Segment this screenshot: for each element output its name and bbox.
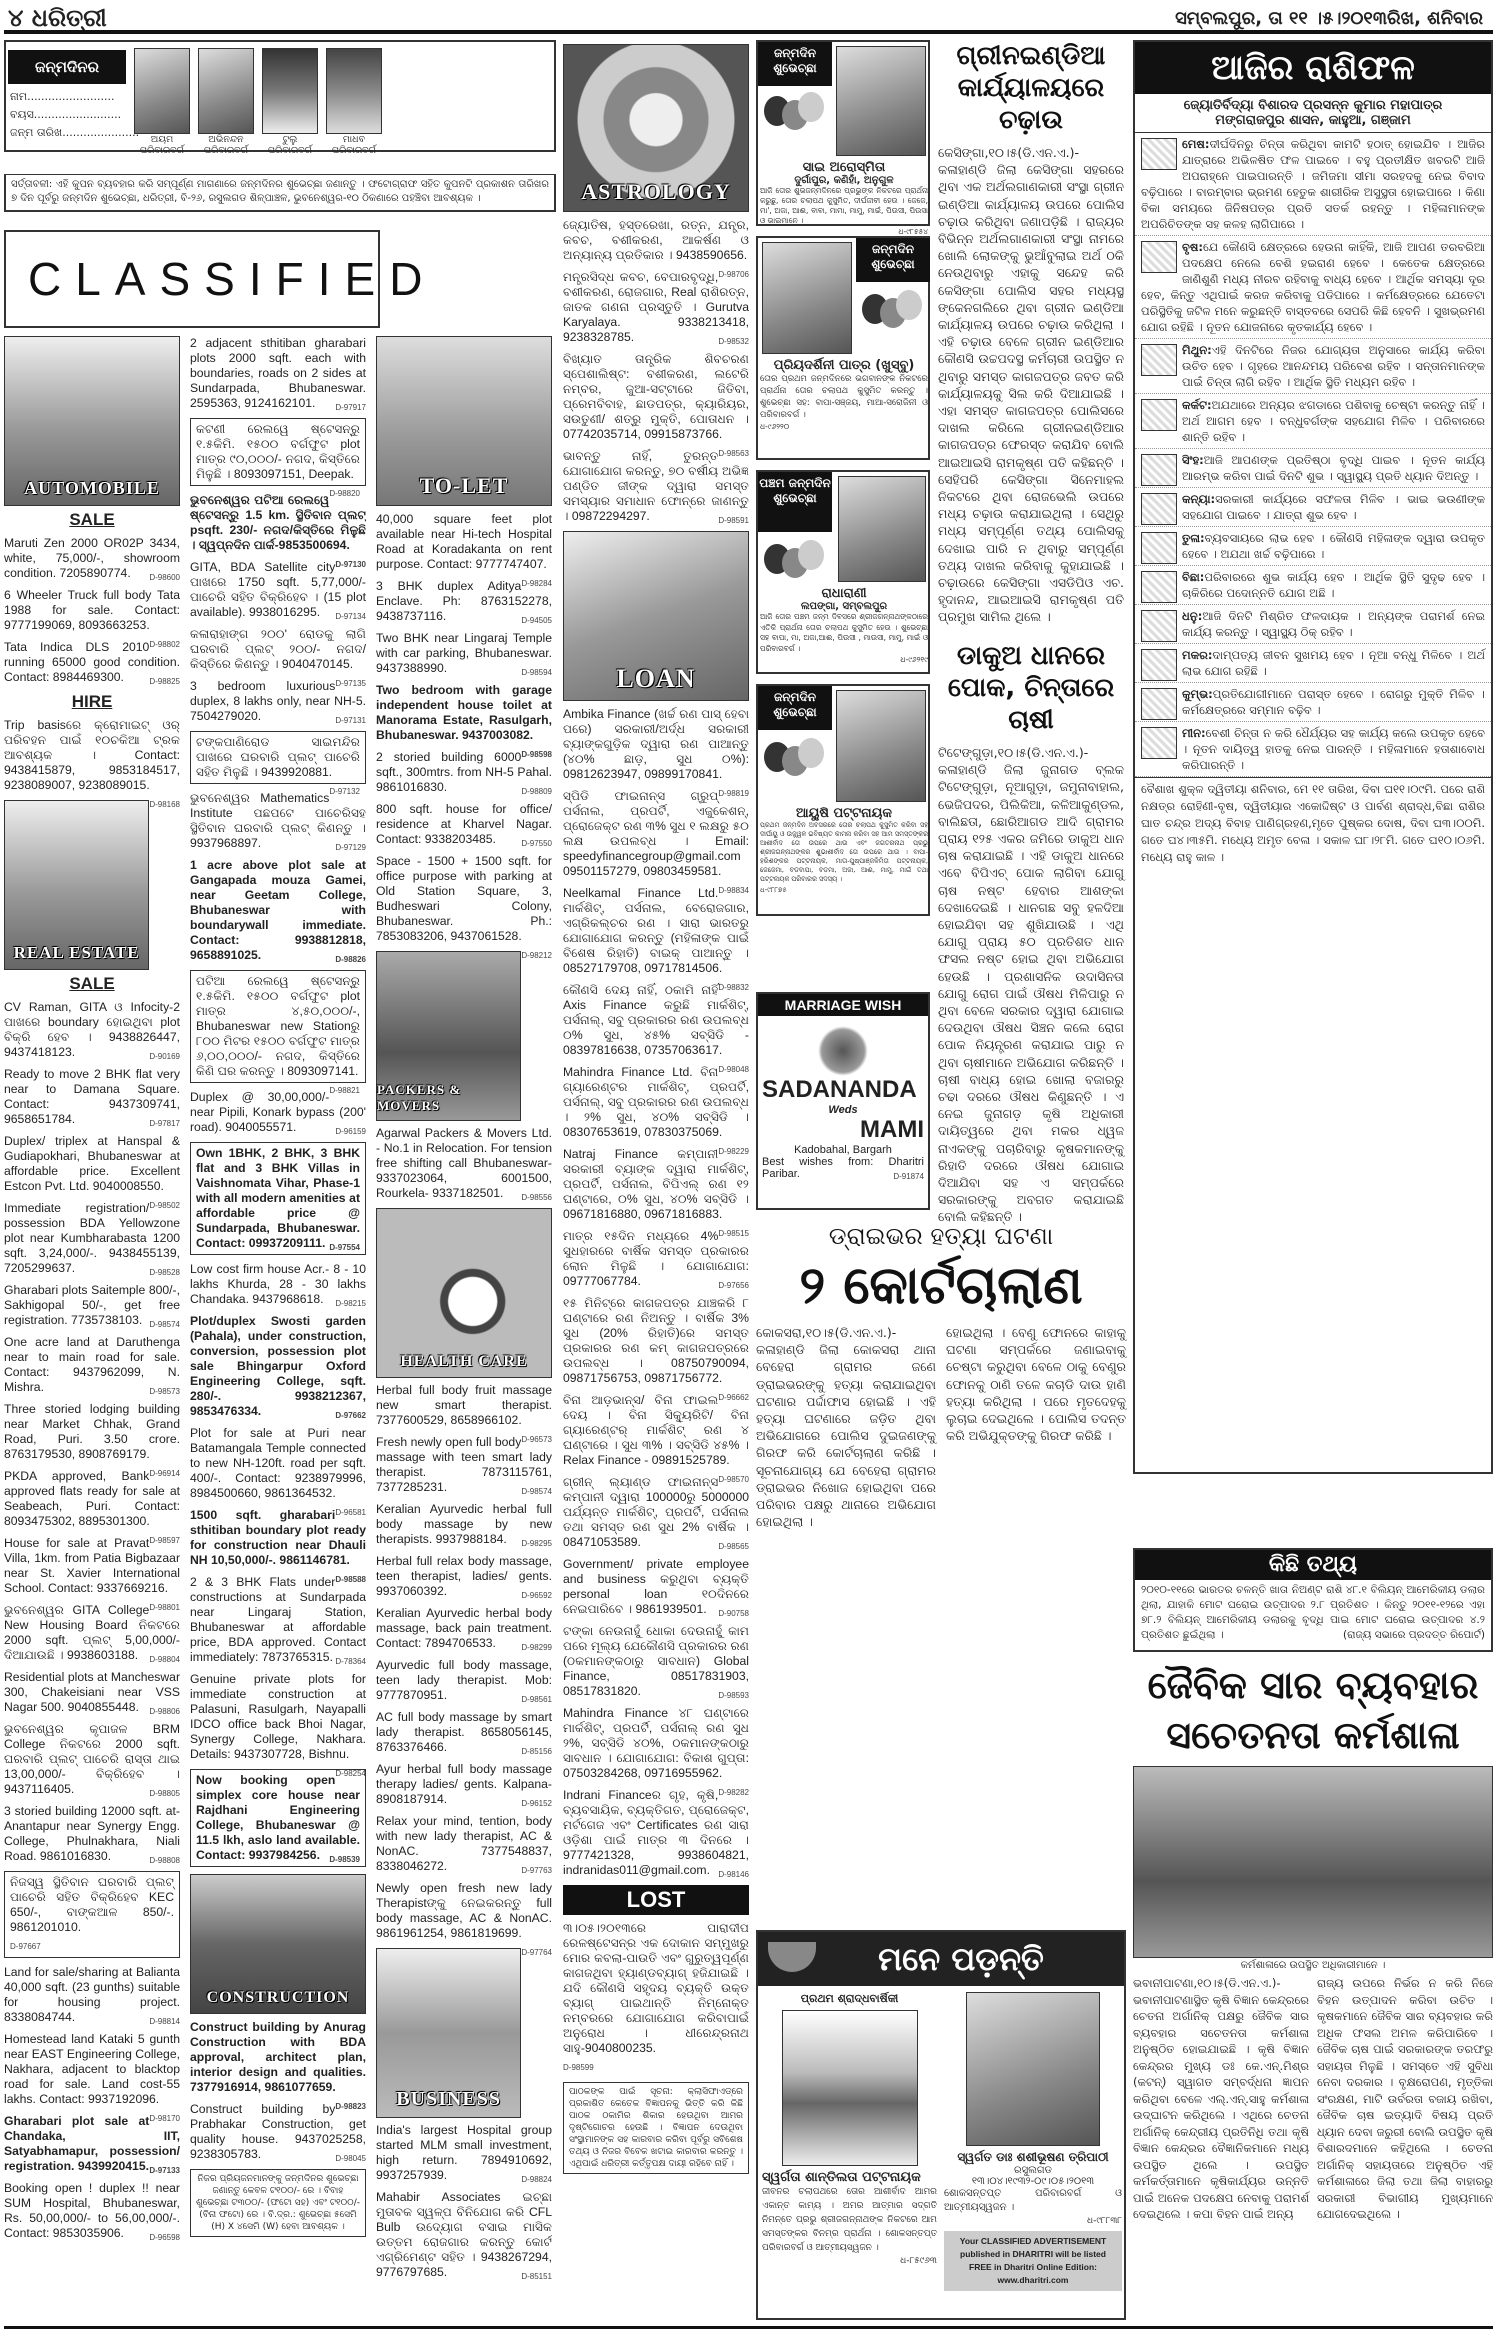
ad-code: D-96592 xyxy=(521,1588,552,1603)
deceased-dates: ୧୩।୦୪।୧୯୩୨-୦୯।୦୫।୨୦୧୩ xyxy=(944,2176,1122,2187)
story-body-right: ରାଜ୍ୟ ଉପରେ ନିର୍ଭର ନ କରି ନିଜେ ବିହନ ଉତ୍ପାଦ… xyxy=(1317,1975,1493,2223)
ad-code: D-98565 xyxy=(718,1539,749,1554)
ad-code: D-98823 xyxy=(335,2099,366,2114)
news-story-paddy-pest: ଡାକୁଅ ଧାନରେ ପୋକ, ଚିନ୍ତାରେ ଚାଷୀ ଟିଟେଙ୍ଗୁଡ… xyxy=(938,640,1124,1226)
classified-ad: AC full body massage by smart lady thera… xyxy=(376,1710,552,1755)
bride-name: MAMI xyxy=(758,1116,928,1144)
ad-code: D-85151 xyxy=(521,2269,552,2284)
coupon-terms: ସର୍ତ୍ତାବଳୀ: ଏହି କୁପନ ବ୍ୟବହାର କରି ସମ୍ପୂର୍… xyxy=(4,174,556,212)
classified-ad: Own 1BHK, 2 BHK, 3 BHK flat and 3 BHK Vi… xyxy=(190,1142,366,1255)
classified-ad: Land for sale/sharing at Balianta 40,000… xyxy=(4,1965,180,2025)
ad-code: D-97134 xyxy=(335,609,366,624)
wish-message: ଆଜି ତୋର ପଞ୍ଚମ ଜନ୍ମ ଦିବସରେ ଶ୍ରୀଜଗନ୍ନାଥଙ୍କ… xyxy=(760,612,928,654)
classified-ad: 6 Wheeler Truck full body Tata 1988 for … xyxy=(4,588,180,633)
ad-code: D-97135 xyxy=(335,676,366,691)
ad-code: D-98806 xyxy=(149,1704,180,1719)
ad-code: D-98532 xyxy=(718,334,749,349)
ad-code: D-97917 xyxy=(335,400,366,415)
packers-banner-image: PACKERS & MOVERS xyxy=(376,951,521,1121)
wish-name: ପ୍ରିୟଦର୍ଶିନୀ ପାତ୍ର (ଖୁସ୍‌ବୁ) xyxy=(760,358,928,373)
obituary-message: ଜୀବନର ଚଲାପଥରେ ତୋର ଆଶୀର୍ବାଦ ଆମର ଏକାନ୍ତ କା… xyxy=(762,2185,937,2255)
ad-code: D-98825 xyxy=(149,674,180,689)
page-masthead: ୪ ଧରିତ୍ରୀ ସମ୍ବଲପୁର, ତା ୧୧ ।୫।୨୦୧୩ରିଖ, ଶନ… xyxy=(0,0,1497,40)
wish-message: ତୋର ପ୍ରଥମ ଜନ୍ମଦିନରେ ଭଗବାନଙ୍କ ନିକଟରେ ପ୍ରା… xyxy=(760,373,928,421)
baby-photo xyxy=(762,242,852,354)
horoscope-title: ଆଜିର ରାଶିଫଳ xyxy=(1135,42,1491,94)
ad-code: D-98588 xyxy=(335,1572,366,1587)
news-story-driver-murder: ଡ୍ରାଇଭର ହତ୍ୟା ଘଟଣା ୨ କୋର୍ଟଚାଲାଣ କୋକସରା,୧… xyxy=(756,1222,1126,1530)
ad-code: D-98295 xyxy=(521,1536,552,1551)
ad-code: D-94505 xyxy=(521,613,552,628)
wish-tag: ଜନ୍ମଦିନ ଶୁଭେଚ୍ଛା xyxy=(856,238,930,282)
workshop-photo xyxy=(1133,1766,1493,1958)
column-tolet-health: TO-LET 40,000 square feet plot available… xyxy=(376,336,552,2322)
ad-code: D-98801 xyxy=(149,1600,180,1615)
ad-code: D-98814 xyxy=(149,2014,180,2029)
ad-code: D-96914 xyxy=(149,1466,180,1481)
ad-code: D-98528 xyxy=(149,1265,180,1280)
classified-ad: ସ୍ପିଡି ଫାଇନାନ୍ସ ଗ୍ରୁପ୍ ପର୍ସନାଲ, ପ୍ରପର୍ଟି… xyxy=(563,789,749,879)
marriage-wish: MARRIAGE WISH SADANANDA Weds MAMI Kadoba… xyxy=(756,992,930,1210)
automobile-banner-image: AUTOMOBILE xyxy=(4,336,180,506)
classified-ad: Ambika Finance (ଖର୍ଚ୍ଚ ରଣ ପାସ୍ ହେବା ପରେ)… xyxy=(563,707,749,782)
ad-code: D-97554 xyxy=(329,1240,360,1255)
story-body-left: କୋକସରା,୧୦।୫(ଡି.ଏନ.ଏ.)- କଳାହାଣ୍ଡି ଜିଲା କୋ… xyxy=(756,1324,936,1530)
ad-code: D-98802 xyxy=(149,637,180,652)
coupon-photo-4: ମାଧବ ପରିବାରବର୍ଗ xyxy=(326,48,382,156)
weds-label: Weds xyxy=(758,1104,928,1116)
baby-photo xyxy=(836,46,926,156)
obituary-banner: ମନେ ପଡ଼ନ୍ତି xyxy=(758,1932,1124,1986)
marriage-place: Kadobahal, Bargarh xyxy=(758,1144,928,1156)
classified-ad: Trip basisରେ କ୍ରୋମାଇଟ୍ ଓର୍ ପରିବହନ ପାଇଁ ୧… xyxy=(4,718,180,793)
zodiac-sign-icon xyxy=(1141,571,1177,603)
lamp-icon xyxy=(768,1942,816,1972)
ad-code: D-98832 xyxy=(718,980,749,995)
online-edition-promo: Your CLASSIFIED ADVERTISEMENT published … xyxy=(944,2231,1122,2291)
ad-code: D-98212 xyxy=(521,948,552,963)
realestate-banner-image: REAL ESTATE xyxy=(4,800,149,970)
obituary-box: ମନେ ପଡ଼ନ୍ତି ପ୍ରଥମ ଶ୍ରାଦ୍ଧବାର୍ଷିକୀ ସ୍ୱର୍ଗ… xyxy=(756,1930,1126,2320)
classified-ad: Newly open fresh new lady Therapistଙ୍କୁ … xyxy=(376,1881,552,1941)
dateline: ସମ୍ବଲପୁର, ତା ୧୧ ।୫।୨୦୧୩ରିଖ, ଶନିବାର xyxy=(1175,8,1483,29)
ad-code: D-98574 xyxy=(521,1484,552,1499)
ad-code: D-97129 xyxy=(335,840,366,855)
ad-code: D-98502 xyxy=(149,1198,180,1213)
birthday-wish-3: ପଞ୍ଚମ ଜନ୍ମଦିନ ଶୁଭେଚ୍ଛା ରାଧାରାଣୀ ଲପଙ୍ଗା, … xyxy=(756,470,930,674)
flower-bouquet-icon xyxy=(818,1026,868,1076)
classified-ad: Homestead land Kataki 5 gunth near EAST … xyxy=(4,2032,180,2107)
ad-code: D-98804 xyxy=(149,1652,180,1667)
coupon-title: ଜନ୍ମଦିନର ଶୁଭେଚ୍ଛା xyxy=(8,50,126,84)
ad-code: D-98146 xyxy=(718,1867,749,1882)
classified-ad: କଟଣୀ ରେଲୱେ ଷ୍ଟେସନ୍‌ରୁ ୧.୫କିମି. ୧୫୦୦ ବର୍ଗ… xyxy=(190,418,366,486)
bottom-rule xyxy=(4,2326,1493,2329)
birthday-wish-rates-notice: ନିଜର ପ୍ରିୟଜନମାନଙ୍କୁ ଜନ୍ମଦିନର ଶୁଭେଚ୍ଛା ଜଣ… xyxy=(190,2169,366,2237)
ad-code: D-98556 xyxy=(521,1190,552,1205)
wish-name: ସାଇ ଅରୋସ୍ମିତା xyxy=(760,160,928,175)
classified-ad: ଟଙ୍କା ନେଉନାହୁଁ ଧୋକା ଦେଉନାହୁଁ କାମ ପରେ ମୂଲ… xyxy=(563,1624,749,1699)
coupon-photo-1: ଅୟମ ପରିବାରବର୍ଗ xyxy=(134,48,190,156)
classified-ad: 2 & 3 BHK Flats under constructions at S… xyxy=(190,1575,366,1665)
ad-code: D-98045 xyxy=(335,2151,366,2166)
ad-code: D-98600 xyxy=(149,570,180,585)
zodiac-sign-icon xyxy=(1141,454,1177,486)
wish-tag: ଜନ୍ମଦିନ ଶୁଭେଚ୍ଛା xyxy=(758,42,832,86)
ad-code: D-96598 xyxy=(149,2230,180,2245)
ad-code: D-90169 xyxy=(149,1049,180,1064)
birthday-wish-1: ଜନ୍ମଦିନ ଶୁଭେଚ୍ଛା ସାଇ ଅରୋସ୍ମିତା ଦୁର୍ଗାପୁର… xyxy=(756,40,930,226)
horoscope-sign-entry: ମକର:ଦାମ୍ପତ୍ୟ ଜୀବନ ସୁଖମୟ ହେବ । ନୂଆ ବନ୍ଧୁ … xyxy=(1135,644,1491,683)
man-photo xyxy=(262,48,318,134)
wish-code: ଧ-୯୬୨୨୦ xyxy=(760,421,928,433)
wish-place: ଦୁର୍ଗାପୁର, କଣିହାଁ, ଅନୁଗୁଳ xyxy=(760,175,928,186)
story-body: ଟିଟେଙ୍ଗୁଡ଼ା,୧୦।୫(ଡି.ଏନ.ଏ.)- କଳାହାଣ୍ଡି ଜି… xyxy=(938,744,1124,1226)
loan-banner-image: LOAN xyxy=(563,531,749,701)
coupon-name-field: ନାମ......................... xyxy=(10,88,139,106)
classified-ad: Genuine private plots for immediate cons… xyxy=(190,1672,366,1762)
sale-heading-2: SALE xyxy=(4,974,180,994)
ad-code: D-98820 xyxy=(329,486,360,501)
ad-code: D-96152 xyxy=(521,1796,552,1811)
classified-ad: Low cost firm house Acr.- 8 - 10 lakhs K… xyxy=(190,1262,366,1307)
classified-ad: Duplex/ triplex at Hanspal & Gudiapokhar… xyxy=(4,1134,180,1194)
ad-code: D-98170 xyxy=(149,2111,180,2126)
ad-code: D-98805 xyxy=(149,1786,180,1801)
classified-ad: ୧୫ ମିନିଟ୍‌ରେ କାଗଜପତ୍ର ଯାଞ୍ଚକରି ୮ ଘଣ୍ଟାରେ… xyxy=(563,1296,749,1386)
zodiac-sign-icon xyxy=(1141,241,1177,273)
healthcare-banner-image: HEALTH CARE xyxy=(376,1208,552,1378)
hire-heading: HIRE xyxy=(4,692,180,712)
zodiac-sign-icon xyxy=(1141,493,1177,525)
ad-code: D-98574 xyxy=(149,1317,180,1332)
ad-code: D-97764 xyxy=(521,1945,552,1960)
story-body-left: ଭବାନୀପାଟଣା,୧୦।୫(ଡି.ଏନ.ଏ.)- ଭବାନୀପାଟଣାସ୍ଥ… xyxy=(1133,1975,1309,2223)
ad-code: D-90758 xyxy=(718,1606,749,1621)
man-portrait-photo xyxy=(966,1992,1100,2146)
ad-code: D-78364 xyxy=(335,1654,366,1669)
horoscope-sign-entry: କୁମ୍ଭ:ପ୍ରତିଯୋଗୀମାନେ ପରାସ୍ତ ହେବେ । ରୋଗରୁ … xyxy=(1135,683,1491,722)
ad-code: D-98597 xyxy=(149,1533,180,1548)
horoscope-sign-entry: ସିଂହ:ଆଜି ଆପଣଙ୍କ ପ୍ରତିଷ୍ଠା ବୃଦ୍ଧି ପାଇବ । … xyxy=(1135,449,1491,488)
man-photo xyxy=(326,48,382,134)
classified-ad: Gharabari plots Saitemple 800/-, Sakhigo… xyxy=(4,1283,180,1328)
birthday-coupon: ଜନ୍ମଦିନର ଶୁଭେଚ୍ଛା ନାମ...................… xyxy=(4,40,556,152)
story-headline: ଡାକୁଅ ଧାନରେ ପୋକ, ଚିନ୍ତାରେ ଚାଷୀ xyxy=(938,640,1124,736)
column-automobile-realestate: AUTOMOBILE SALE Maruti Zen 2000 OR02P 34… xyxy=(4,336,180,2322)
classified-ad: Mahindra Finance ୪୮ ଘଣ୍ଟାରେ ମାର୍କଶିଟ୍, ପ… xyxy=(563,1706,749,1781)
classified-ad: Agarwal Packers & Movers Ltd. - No.1 in … xyxy=(376,1126,552,1201)
column-plots: 2 adjacent sthitiban gharabari plots 200… xyxy=(190,336,366,2322)
classified-ad: Government/ private employee and busines… xyxy=(563,1557,749,1617)
ad-code: D-97130 xyxy=(335,557,366,572)
birthday-wish-4: ଜନ୍ମଦିନ ଶୁଭେଚ୍ଛା ଆୟୁଷି ପଟ୍ଟନାୟକ ପ୍ରଥମ ଜନ… xyxy=(756,684,930,916)
astrologer-name: ଜ୍ୟୋତିର୍ବିଦ୍ୟା ବିଶାରଦ ପ୍ରସନ୍ନ କୁମାର ମହାପ… xyxy=(1135,98,1491,113)
facts-box: କିଛି ତଥ୍ୟ ୨୦୧୦-୧୧ରେ ଭାରତର ଚଳନ୍ତି ଖାତା ନି… xyxy=(1133,1548,1493,1652)
reader-caution-notice: ପାଠକଙ୍କ ପାଇଁ ସୂଚନା: କ୍ଲାସିଫାଏଡ୍‌ରେ ପ୍ରକା… xyxy=(563,2082,749,2174)
classified-ad: 40,000 square feet plot available near H… xyxy=(376,512,552,572)
obituary-code: ଧ-୮୫୯୬୩ xyxy=(762,2255,937,2267)
zodiac-sign-icon xyxy=(1141,649,1177,681)
zodiac-sign-icon xyxy=(1141,532,1177,564)
coupon-photo-2: ଅଭିନନ୍ଦନ ପରିବାରବର୍ଗ xyxy=(198,48,254,156)
ad-code: D-98282 xyxy=(718,1785,749,1800)
astrology-label: ASTROLOGY xyxy=(581,179,731,205)
ad-code: D-97817 xyxy=(149,1116,180,1131)
facts-title: କିଛି ତଥ୍ୟ xyxy=(1135,1550,1491,1580)
wish-name: ଆୟୁଷି ପଟ୍ଟନାୟକ xyxy=(760,806,928,821)
ad-code: D-98539 xyxy=(329,1852,360,1867)
child-photo xyxy=(838,476,926,582)
classified-ad: Two BHK near Lingaraj Temple with car pa… xyxy=(376,631,552,676)
classified-ad: Two bedroom with garage independent hous… xyxy=(376,683,552,743)
horoscope-sign-entry: ମେଷ:ଦୀର୍ଘଦିନରୁ ଚିନ୍ତା କରିଥିବା କାମଟି ହଠାତ… xyxy=(1135,133,1491,236)
ad-code: D-98593 xyxy=(718,1688,749,1703)
construction-banner-image: CONSTRUCTION xyxy=(190,1874,366,2014)
coupon-dob-field: ଜନ୍ମ ତାରିଖ...................... xyxy=(10,124,139,142)
marriage-heading: MARRIAGE WISH xyxy=(758,994,928,1016)
astrology-banner-image: ASTROLOGY xyxy=(563,44,749,212)
ad-code: D-98809 xyxy=(521,784,552,799)
zodiac-sign-icon xyxy=(1141,138,1177,170)
classified-ad: Relax your mind, tention, body with new … xyxy=(376,1814,552,1874)
deceased-name: ସ୍ୱର୍ଗତ ଡାଃ ଶଶୀଭୂଷଣ ତ୍ରିପାଠୀ xyxy=(944,2150,1122,2165)
classified-ad: Ayurvedic full body massage, teen lady t… xyxy=(376,1658,552,1703)
ad-code: D-97133 xyxy=(149,2163,180,2178)
classified-ad: Now booking open simplex core house near… xyxy=(190,1769,366,1867)
ad-code: D-97550 xyxy=(521,836,552,851)
classified-ad: 2 adjacent sthitiban gharabari plots 200… xyxy=(190,336,366,411)
classified-ad: ପଟିଆ ରେଲୱେ ଷ୍ଟେସନ୍‌ରୁ ୧.୫କିମି. ୧୫୦୦ ବର୍ଗ… xyxy=(190,970,366,1083)
ad-code: D-98821 xyxy=(329,1083,360,1098)
classified-banner: CLASSIFIED xyxy=(4,230,380,328)
ad-code: D-98168 xyxy=(149,797,180,812)
child-photo xyxy=(198,48,254,134)
news-story-greenindia: ଗ୍ରୀନଇଣ୍ଡିଆ କାର୍ଯ୍ୟାଳୟରେ ଚଢ଼ାଉ କେସିଙ୍ଗା,… xyxy=(938,40,1124,626)
ad-code: D-96581 xyxy=(335,1505,366,1520)
coupon-age-field: ବୟସ......................... xyxy=(10,106,139,124)
wish-tag: ପଞ୍ଚମ ଜନ୍ମଦିନ ଶୁଭେଚ୍ଛା xyxy=(758,472,832,532)
deceased-place: ରସୁଲଗଡ xyxy=(944,2165,1122,2176)
classified-ad: ଟଙ୍କପାଣିରୋଡ ସାଇମନ୍ଦିର ପାଖରେ ଘରବାରି ପ୍ଲଟ୍… xyxy=(190,731,366,784)
ad-code: D-98515 xyxy=(718,1226,749,1241)
horoscope-sign-entry: କନ୍ୟା:ସରକାରୀ କାର୍ଯ୍ୟରେ ସଫଳତା ମିଳିବ । ଭାଇ… xyxy=(1135,488,1491,527)
classified-ad: Ready to move 2 BHK flat very near to Da… xyxy=(4,1067,180,1127)
business-banner-image: BUSINESS xyxy=(376,1948,521,2118)
classified-ad: Plot/duplex Swosti garden (Pahala), unde… xyxy=(190,1314,366,1419)
story-headline: ଗ୍ରୀନଇଣ୍ଡିଆ କାର୍ଯ୍ୟାଳୟରେ ଚଢ଼ାଉ xyxy=(938,40,1124,136)
ad-code: D-98561 xyxy=(521,1692,552,1707)
classified-ad: ଭୁବନେଶ୍ୱର ପଟିଆ ରେଲୱେ ଷ୍ଟେସନ୍‌ରୁ 1.5 km. … xyxy=(190,493,366,553)
story-headline: ୨ କୋର୍ଟଚାଲାଣ xyxy=(756,1254,1126,1318)
classified-title: CLASSIFIED xyxy=(28,252,436,306)
horoscope-sign-entry: ବିଛା:ପରିବାରରେ ଶୁଭ କାର୍ଯ୍ୟ ହେବ । ଆର୍ଥିକ ସ… xyxy=(1135,566,1491,605)
ad-code: D-98570 xyxy=(718,1472,749,1487)
wish-tag: ଜନ୍ମଦିନ ଶୁଭେଚ୍ଛା xyxy=(758,686,832,730)
ad-code: D-98215 xyxy=(335,1296,366,1311)
classified-ad: Ayur herbal full body massage therapy la… xyxy=(376,1762,552,1807)
classified-ad: Keralian Ayurvedic herbal body massage, … xyxy=(376,1606,552,1651)
woman-portrait-photo xyxy=(782,2010,918,2166)
ad-code: D-97656 xyxy=(718,1278,749,1293)
zodiac-sign-icon xyxy=(1141,688,1177,720)
ad-code: D-98229 xyxy=(718,1144,749,1159)
classified-ad: କଳାରାହାଙ୍ଗ ୨୦୦' ରୋଡକୁ ଲାଗି ଘରବାରି ପ୍ଲଟ୍ … xyxy=(190,627,366,672)
classified-ad: Maruti Zen 2000 OR02P 3434, white, 75,00… xyxy=(4,536,180,581)
news-story-workshop: ଜୈବିକ ସାର ବ୍ୟବହାର ସଚେତନତା କର୍ମଶାଳା କର୍ମଶ… xyxy=(1133,1660,1493,2223)
classified-ad: Herbal full body fruit massage new smart… xyxy=(376,1383,552,1428)
horoscope-sign-entry: ମିଥୁନ:ଏହି ଦିନଟିରେ ନିଜର ଯୋଗ୍ୟତା ଅନୁସାରେ କ… xyxy=(1135,339,1491,394)
ad-code: D-97131 xyxy=(335,713,366,728)
horoscope-panel: ଆଜିର ରାଶିଫଳ ଜ୍ୟୋତିର୍ବିଦ୍ୟା ବିଶାରଦ ପ୍ରସନ୍… xyxy=(1133,40,1493,1474)
zodiac-sign-icon xyxy=(1141,610,1177,642)
wish-message: ଆଜି ତୋର ଶୁଭଜନ୍ମଦିନରେ ପ୍ରଭୁଙ୍କ ନିକଟରେ ପ୍ର… xyxy=(760,186,928,226)
ad-code: D-98824 xyxy=(521,2172,552,2187)
ad-code: D-96573 xyxy=(521,1432,552,1447)
classified-ad: Indrani Financeର ଗୃହ, କୃଷି, ବ୍ୟବସାୟିକ, ବ… xyxy=(563,1788,749,1878)
tolet-banner-image: TO-LET xyxy=(376,336,552,506)
classified-ad: Space - 1500 + 1500 sqft. for office pur… xyxy=(376,854,552,944)
classified-ad: ବିଖ୍ୟାତ ତାନ୍ତ୍ରିକ ଶିବଚରଣ ସ୍ପେଶାଲିଷ୍ଟ: ବଶ… xyxy=(563,352,749,442)
ad-code: D-98048 xyxy=(718,1062,749,1077)
story-body: କେସିଙ୍ଗା,୧୦।୫(ଡି.ଏନ.ଏ.)- କଳାହାଣ୍ଡି ଜିଲା … xyxy=(938,144,1124,626)
coupon-photo-3: ଟୁଲୁ ପରିବାରବର୍ଗ xyxy=(262,48,318,156)
ad-code: D-97662 xyxy=(335,1408,366,1423)
ad-code: D-98591 xyxy=(718,513,749,528)
classified-ad: Booking open ! duplex !! near SUM Hospit… xyxy=(4,2181,180,2241)
ad-code: D-98573 xyxy=(149,1384,180,1399)
classified-ad: ନିଜସ୍ୱ ସ୍ଥିତିବାନ ଘରବାରି ପ୍ଲଟ୍ ପାଚେରି ସହି… xyxy=(4,1871,180,1958)
ad-code: D-98598 xyxy=(521,747,552,762)
obituary-code: ଧ-୯୮୮୩୮ xyxy=(944,2215,1122,2227)
obituary-message: ଶୋକସନ୍ତପ୍ତ ପରିବାରବର୍ଗ ଓ ଆତ୍ମୀୟସ୍ୱଜନ । xyxy=(944,2187,1122,2215)
ad-code: D-98254 xyxy=(335,1766,366,1781)
deceased-name: ସ୍ୱର୍ଗତା ଶାନ୍ତିଲତା ପଟ୍ଟନାୟକ xyxy=(762,2170,937,2185)
zodiac-sign-icon xyxy=(1141,344,1177,376)
ad-code: D-98594 xyxy=(521,665,552,680)
groom-name: SADANANDA xyxy=(758,1076,928,1104)
classified-ad: ଜ୍ୟୋତିଷ, ହସ୍ତରେଖା, ରତ୍ନ, ଯନ୍ତ୍ର, କବଚ, ବଶ… xyxy=(563,218,749,263)
ad-code: D-98299 xyxy=(521,1640,552,1655)
wish-place: ଲପଙ୍ଗା, ସମ୍ବଲପୁର xyxy=(760,601,928,612)
classified-ad: Neelkamal Finance Ltd. ମାର୍କଶିଟ୍, ପର୍ସନା… xyxy=(563,886,749,976)
page-number-label: ୪ ଧରିତ୍ରୀ xyxy=(8,4,107,32)
lost-notice: ୩।୦୫।୨୦୧୩ରେ ପାରାଦୀପ ରେଳଷ୍ଟେସନ୍‌ର ଏକ ଦୋକା… xyxy=(563,1921,749,2075)
ad-code: D-96159 xyxy=(335,1124,366,1139)
sale-heading: SALE xyxy=(4,510,180,530)
zodiac-sign-icon xyxy=(1141,727,1177,759)
column-astrology-loan: ଜ୍ୟୋତିଷ, ହସ୍ତରେଖା, ରତ୍ନ, ଯନ୍ତ୍ର, କବଚ, ବଶ… xyxy=(563,218,749,2322)
horoscope-sign-entry: କର୍କଟ:ଅଯଥାରେ ଅନ୍ୟର ଝଗଡାରେ ପଶିବାକୁ ଚେଷ୍ଟା… xyxy=(1135,394,1491,449)
ad-code: D-97763 xyxy=(521,1863,552,1878)
ad-code: D-98834 xyxy=(718,883,749,898)
birthday-wish-2: ଜନ୍ମଦିନ ଶୁଭେଚ୍ଛା ପ୍ରିୟଦର୍ଶିନୀ ପାତ୍ର (ଖୁସ… xyxy=(756,236,930,460)
classified-ad: Plot for sale at Puri near Batamangala T… xyxy=(190,1426,366,1501)
classified-ad: India's largest Hospital group started M… xyxy=(376,2123,552,2183)
classified-ad: Residential plots at Mancheswar 300, Cha… xyxy=(4,1670,180,1715)
ad-code: D-98808 xyxy=(149,1853,180,1868)
classified-ad: Herbal full relax body massage, teen the… xyxy=(376,1554,552,1599)
astrologer-address: ମଙ୍ଗରାଜପୁର ଶାସନ, କାହୁଆ, ଗଞ୍ଜାମ xyxy=(1135,113,1491,128)
ad-code: D-97132 xyxy=(329,784,360,799)
ad-code: D-98826 xyxy=(335,952,366,967)
story-kicker: ଡ୍ରାଇଭର ହତ୍ୟା ଘଟଣା xyxy=(756,1222,1126,1250)
zodiac-sign-icon xyxy=(1141,399,1177,431)
story-body-right: ହୋଇଥିଲା । ବେଣୁ ଫୋନରେ କାହାକୁ ଘଟଣା ସମ୍ପର୍କ… xyxy=(946,1324,1126,1530)
anniversary-tag: ପ୍ରଥମ ଶ୍ରାଦ୍ଧବାର୍ଷିକୀ xyxy=(762,1992,937,2006)
wish-code: ଧ-୯୬୨୧୯ xyxy=(760,654,928,666)
classified-ad: ଭୁବନେଶ୍ୱର Mathematics Institute ପଛପଟେ ପା… xyxy=(190,791,366,851)
classified-ad: 800 sqft. house for office/ residence at… xyxy=(376,802,552,847)
classified-ad: CV Raman, GITA ଓ Infocity-2 ପାଖରେ bounda… xyxy=(4,1000,180,1060)
top-rule xyxy=(4,30,1493,34)
wish-code: ଧ-୯୮୮୭୫ xyxy=(760,884,928,896)
ad-code: D-98819 xyxy=(718,786,749,801)
wish-name: ରାଧାରାଣୀ xyxy=(760,586,928,601)
facts-source: (ରାଜ୍ୟ ସଭାରେ ପ୍ରଦତ୍ତ ରିପୋର୍ଟ) xyxy=(1343,1628,1485,1643)
classified-ad: ଭୁବନେଶ୍ୱର କୃପାଜଳ BRM College ନିକଟରେ 2000… xyxy=(4,1722,180,1797)
ad-code: D-85156 xyxy=(521,1744,552,1759)
child-photo xyxy=(134,48,190,134)
photo-caption: କର୍ମଶାଳାରେ ଉପସ୍ଥିତ ଅଧିକାରୀମାନେ । xyxy=(1133,1960,1493,1971)
horoscope-sign-entry: ବୃଷ:ଯେ କୌଣସି କ୍ଷେତ୍ରରେ ହେଉନା କାହିଁକି, ଆଜ… xyxy=(1135,236,1491,339)
classified-ad: Keralian Ayurvedic herbal full body mass… xyxy=(376,1502,552,1547)
horoscope-sign-entry: ତୁଳା:ବ୍ୟବସାୟରେ ଲାଭ ହେବ । କୌଣସି ମହିଳାଙ୍କ … xyxy=(1135,527,1491,566)
classified-ad: Three storied lodging building near Mark… xyxy=(4,1402,180,1462)
classified-ad: 1 acre above plot sale at Gangapada mouz… xyxy=(190,858,366,963)
classified-ad: One acre land at Daruthenga near to main… xyxy=(4,1335,180,1395)
horoscope-sign-entry: ଧନୁ:ଆଜି ଦିନଟି ମିଶ୍ରିତ ଫଳଦାୟକ । ଅନ୍ୟଙ୍କ ପ… xyxy=(1135,605,1491,644)
ad-code: D-98284 xyxy=(521,576,552,591)
classified-ad: 3 storied building 12000 sqft. at-Ananta… xyxy=(4,1804,180,1864)
classified-ad: Construct building by Anurag Constructio… xyxy=(190,2020,366,2095)
story-headline: ଜୈବିକ ସାର ବ୍ୟବହାର ସଚେତନତା କର୍ମଶାଳା xyxy=(1133,1660,1493,1760)
ad-code: D-96662 xyxy=(718,1390,749,1405)
lost-heading: LOST xyxy=(563,1885,749,1915)
horoscope-sign-entry: ମୀନ:ବେଶୀ ଚିନ୍ତା ନ କରି ଧୈର୍ଯ୍ୟର ସହ କାର୍ଯ୍… xyxy=(1135,722,1491,777)
baby-photo xyxy=(836,690,926,802)
classified-ad: Mahabir Associates ଇଚ୍ଛା ମୁତାବକ ସ୍ୱଳ୍ପ ବ… xyxy=(376,2190,552,2280)
panchang-text: ବୈଶାଖ ଶୁକ୍ଳ ଦ୍ୱିତୀୟା ଶନିବାର, ମେ ୧୧ ତାରିଖ… xyxy=(1135,777,1491,869)
ad-code: D-98706 xyxy=(718,267,749,282)
ad-code: D-98563 xyxy=(718,446,749,461)
wish-message: ପ୍ରଥମ ଜନ୍ମଦିନ ଅବସରରେ ତୋର ଚଲାପଥ କୁସୁମିତ କ… xyxy=(760,821,928,884)
